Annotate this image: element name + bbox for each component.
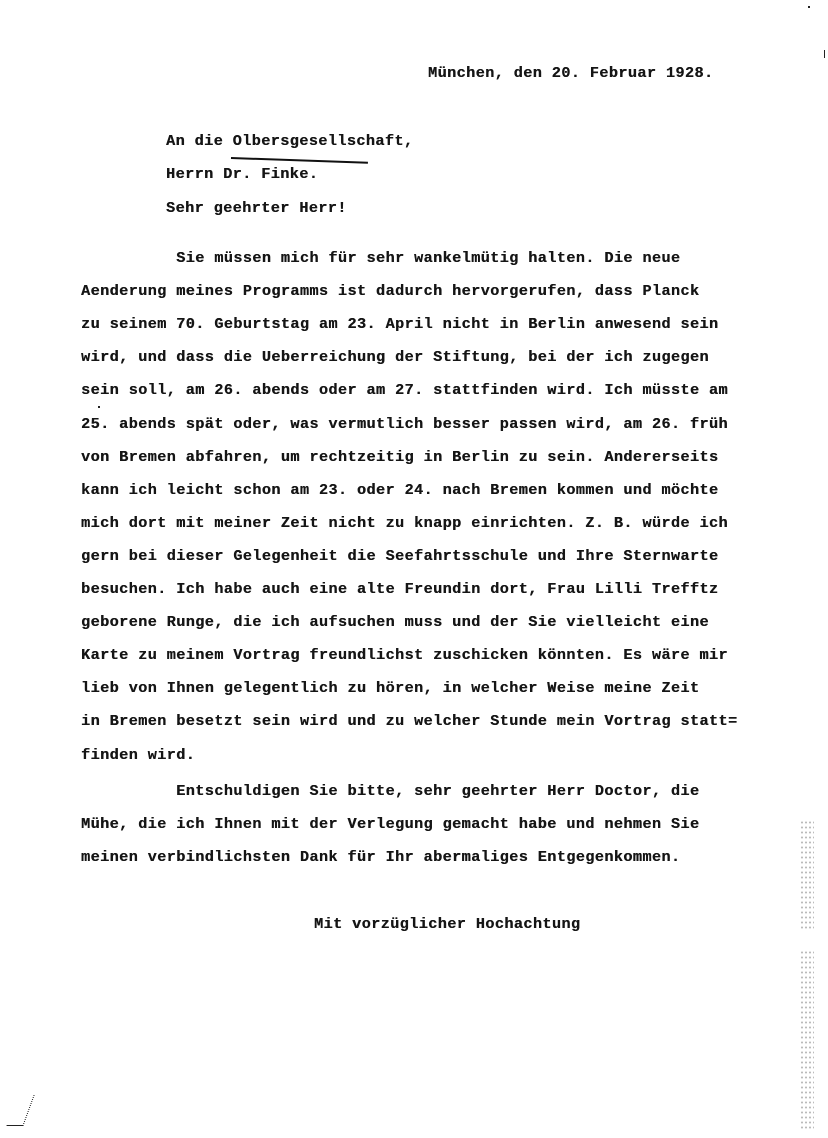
text-line: besuchen. Ich habe auch eine alte Freund… — [81, 582, 718, 597]
scan-noise — [800, 820, 814, 930]
scan-speck — [98, 406, 100, 408]
scan-noise — [800, 950, 814, 1130]
text-line: finden wird. — [81, 748, 195, 763]
text-line: Entschuldigen Sie bitte, sehr geehrter H… — [81, 784, 699, 799]
text-line: Sie müssen mich für sehr wankelmütig hal… — [81, 251, 680, 266]
recipient-line-2: Herrn Dr. Finke. — [166, 167, 318, 182]
text-line: geborene Runge, die ich aufsuchen muss u… — [81, 615, 709, 630]
text-line: lieb von Ihnen gelegentlich zu hören, in… — [81, 681, 699, 696]
text-line: von Bremen abfahren, um rechtzeitig in B… — [81, 450, 718, 465]
salutation: Sehr geehrter Herr! — [166, 201, 347, 216]
text-line: gern bei dieser Gelegenheit die Seefahrt… — [81, 549, 718, 564]
recipient-line-1: An die Olbersgesellschaft, — [166, 134, 413, 149]
text-line: Karte zu meinem Vortrag freundlichst zus… — [81, 648, 728, 663]
closing: Mit vorzüglicher Hochachtung — [314, 917, 580, 932]
text-line: 25. abends spät oder, was vermutlich bes… — [81, 417, 728, 432]
text-line: zu seinem 70. Geburtstag am 23. April ni… — [81, 317, 718, 332]
text-line: Mühe, die ich Ihnen mit der Verlegung ge… — [81, 817, 699, 832]
text-line: wird, und dass die Ueberreichung der Sti… — [81, 350, 709, 365]
scan-speck — [808, 6, 810, 8]
scan-speck — [824, 50, 825, 58]
text-line: mich dort mit meiner Zeit nicht zu knapp… — [81, 516, 728, 531]
text-line: meinen verbindlichsten Dank für Ihr aber… — [81, 850, 680, 865]
letter-page: München, den 20. Februar 1928. An die Ol… — [0, 0, 828, 1138]
text-line: sein soll, am 26. abends oder am 27. sta… — [81, 383, 728, 398]
handwritten-underline — [231, 157, 368, 164]
text-line: Aenderung meines Programms ist dadurch h… — [81, 284, 699, 299]
text-line: in Bremen besetzt sein wird und zu welch… — [81, 714, 737, 729]
corner-mark — [6, 1095, 34, 1126]
text-line: kann ich leicht schon am 23. oder 24. na… — [81, 483, 718, 498]
dateline: München, den 20. Februar 1928. — [428, 66, 713, 81]
